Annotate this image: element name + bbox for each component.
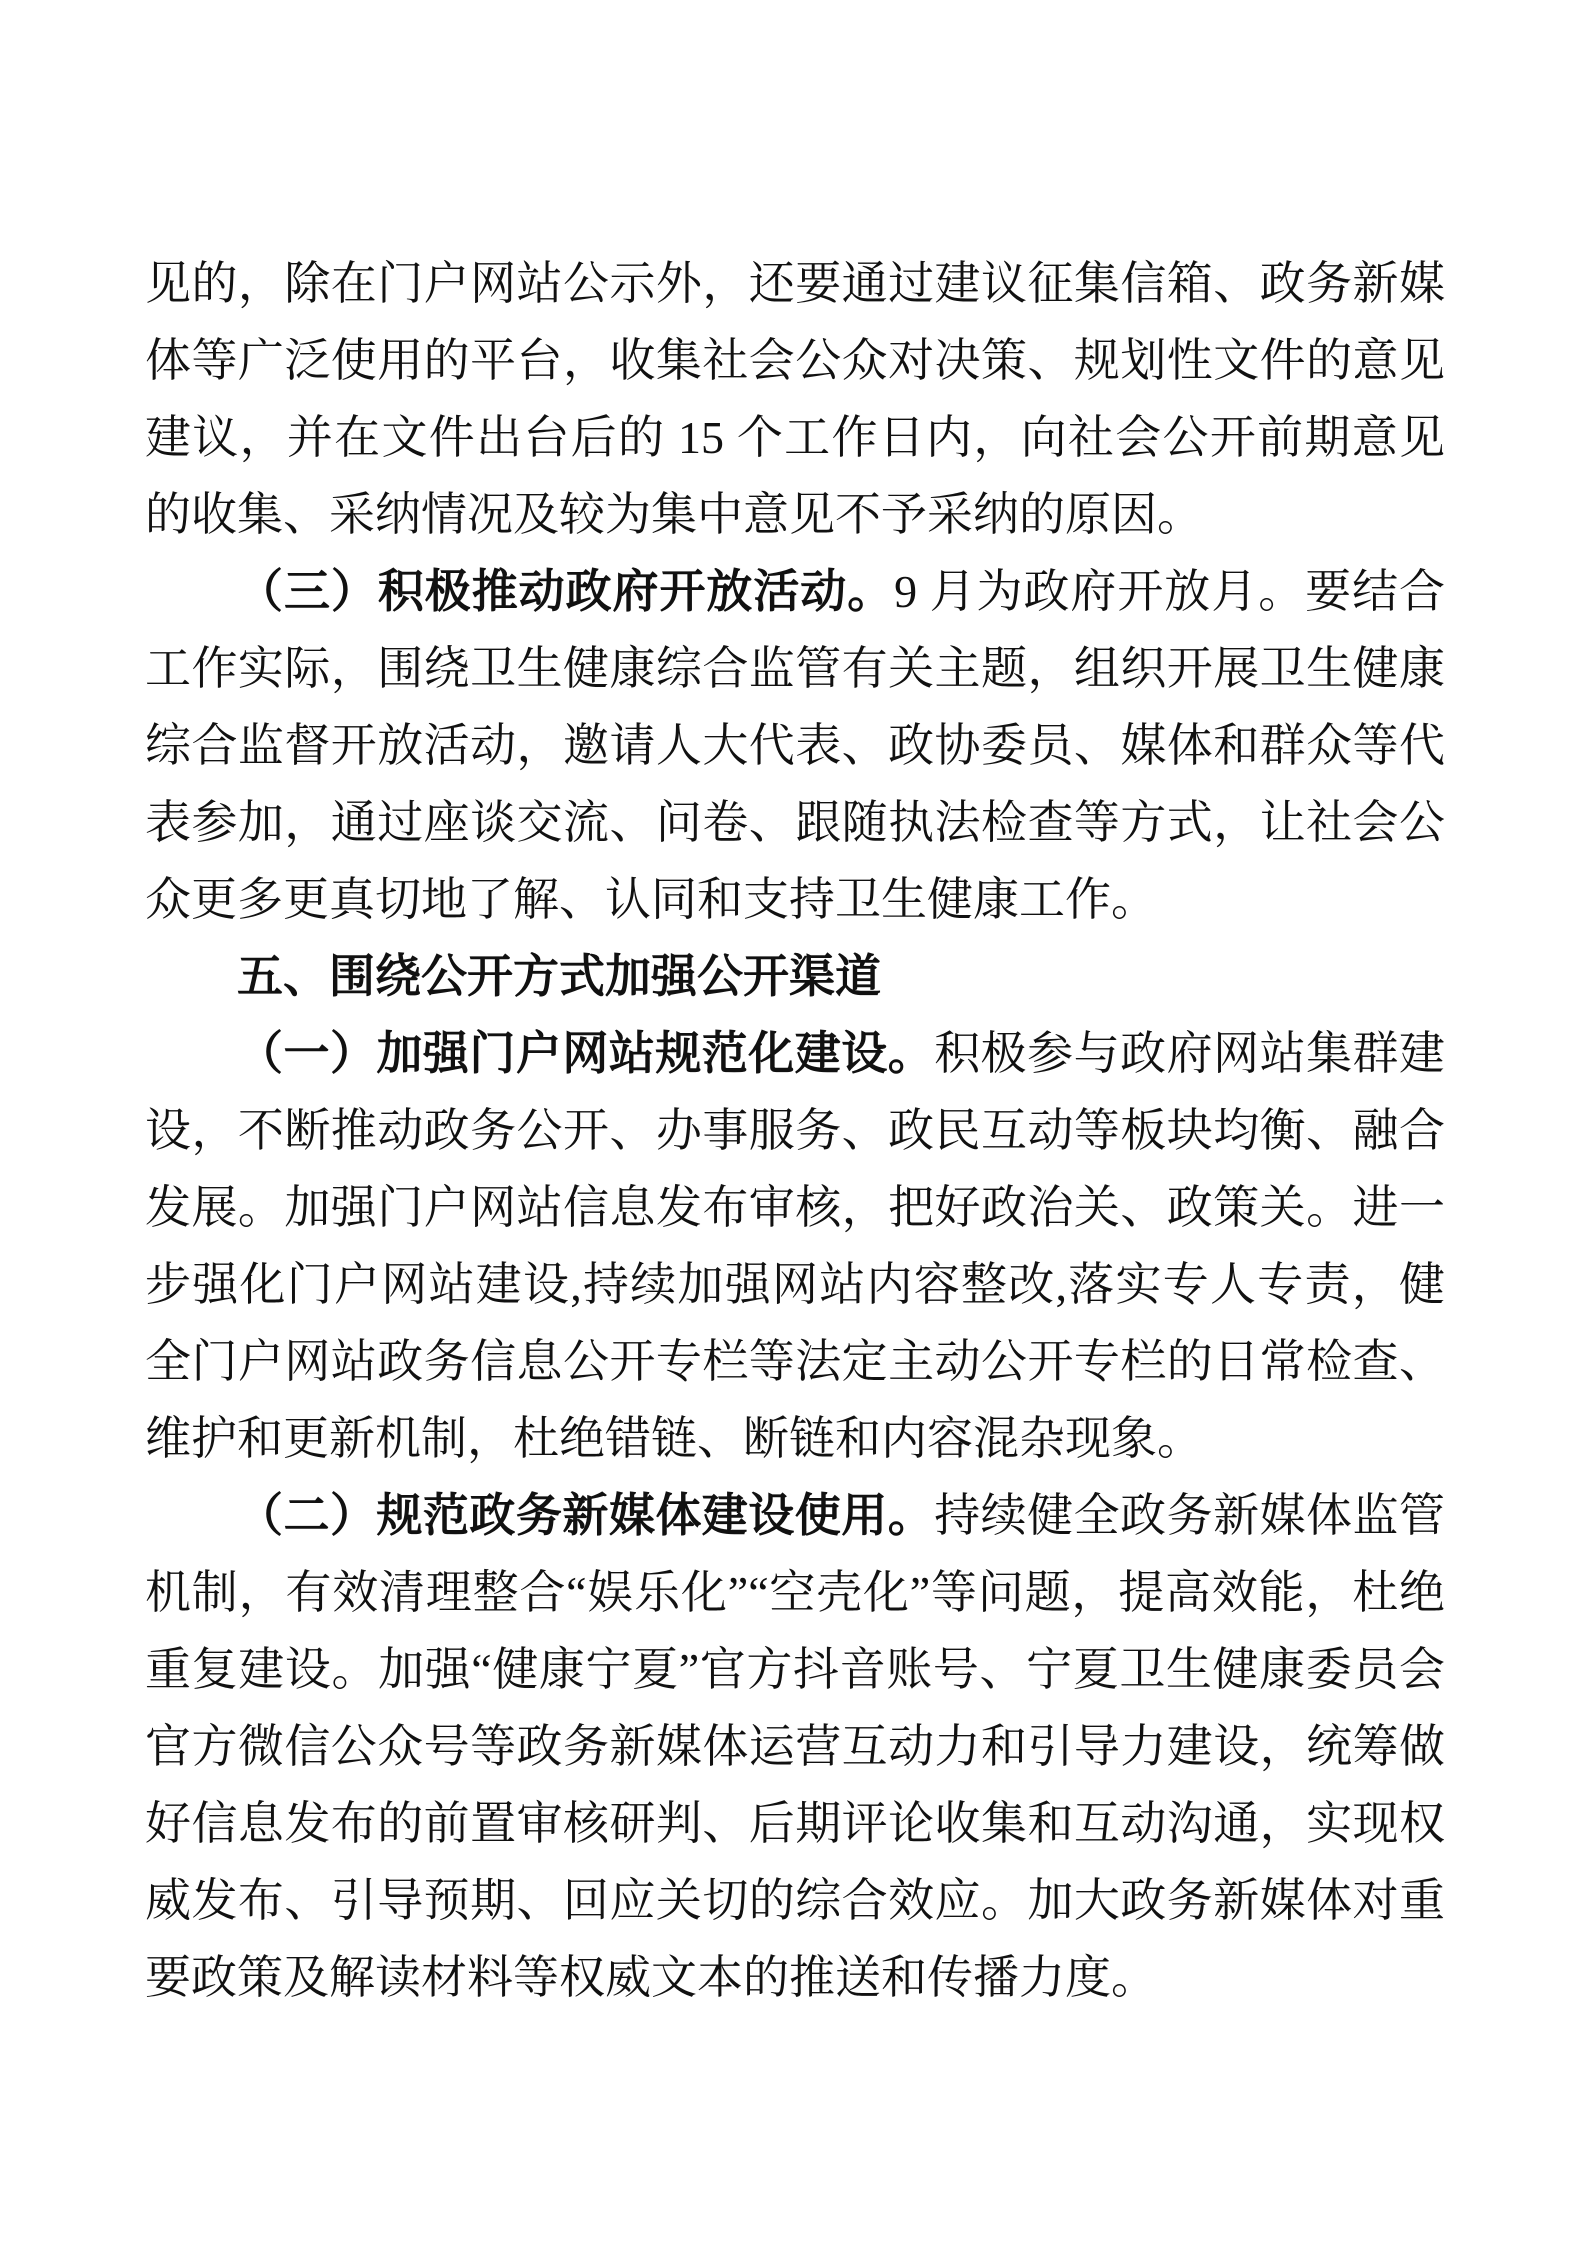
paragraph-continuation: 见的，除在门户网站公示外，还要通过建议征集信箱、政务新媒体等广泛使用的平台，收集… [145, 245, 1445, 553]
paragraph-item-three: （三）积极推动政府开放活动。9 月为政府开放月。要结合工作实际，围绕卫生健康综合… [145, 553, 1445, 938]
emphasis-run: 五、围绕公开方式加强公开渠道 [237, 950, 881, 1002]
paragraph-item-one: （一）加强门户网站规范化建设。积极参与政府网站集群建设，不断推动政务公开、办事服… [145, 1015, 1445, 1477]
section-heading-five: 五、围绕公开方式加强公开渠道 [145, 938, 1445, 1015]
emphasis-run: （一）加强门户网站规范化建设。 [237, 1028, 934, 1079]
emphasis-run: （三）积极推动政府开放活动。 [237, 566, 894, 617]
text-run: 9 月为政府开放月。要结合工作实际，围绕卫生健康综合监管有关主题，组织开展卫生健… [145, 566, 1445, 925]
document-page: 见的，除在门户网站公示外，还要通过建议征集信箱、政务新媒体等广泛使用的平台，收集… [0, 0, 1587, 2245]
text-run: 持续健全政务新媒体监管机制，有效清理整合“娱乐化”“空壳化”等问题，提高效能，杜… [145, 1490, 1445, 2003]
text-run: 见的，除在门户网站公示外，还要通过建议征集信箱、政务新媒体等广泛使用的平台，收集… [145, 258, 1445, 540]
paragraph-item-two: （二）规范政务新媒体建设使用。持续健全政务新媒体监管机制，有效清理整合“娱乐化”… [145, 1477, 1445, 2016]
emphasis-run: （二）规范政务新媒体建设使用。 [237, 1490, 934, 1541]
text-run: 积极参与政府网站集群建设，不断推动政务公开、办事服务、政民互动等板块均衡、融合发… [145, 1028, 1445, 1464]
document-body: 见的，除在门户网站公示外，还要通过建议征集信箱、政务新媒体等广泛使用的平台，收集… [145, 245, 1445, 2016]
